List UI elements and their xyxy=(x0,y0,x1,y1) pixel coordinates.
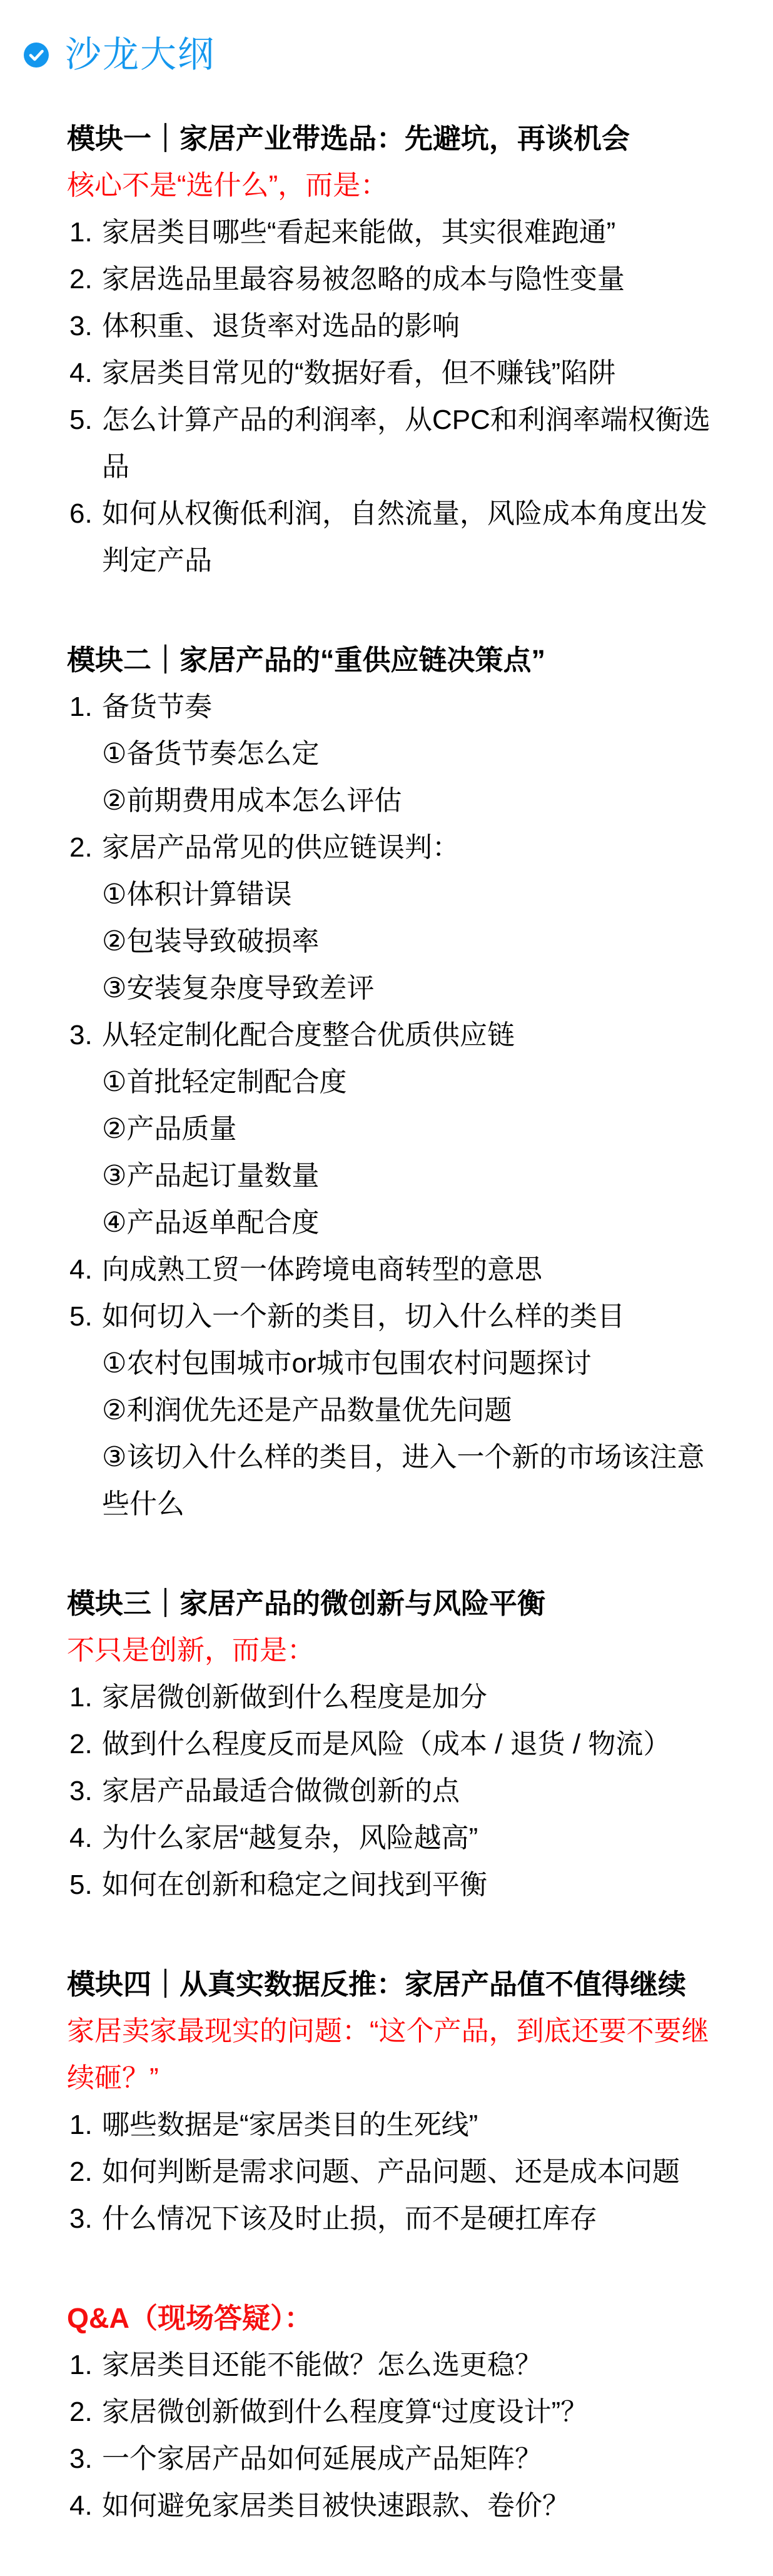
list-item: 哪些数据是“家居类目的生死线” xyxy=(67,2101,710,2148)
list-item: 体积重、退货率对选品的影响 xyxy=(67,303,710,350)
list-item: 家居微创新做到什么程度算“过度设计”？ xyxy=(67,2388,710,2435)
module-4-section: 模块四｜从真实数据反推：家居产品值不值得继续 家居卖家最现实的问题：“这个产品，… xyxy=(67,1961,710,2242)
module-2-section: 模块二｜家居产品的“重供应链决策点” 备货节奏 ①备货节奏怎么定 ②前期费用成本… xyxy=(67,636,710,1527)
sub-item: ③该切入什么样的类目，进入一个新的市场该注意些什么 xyxy=(102,1434,710,1527)
sub-item: ①首批轻定制配合度 xyxy=(102,1059,710,1105)
sub-item: ④产品返单配合度 xyxy=(102,1199,710,1246)
list-item: 如何切入一个新的类目，切入什么样的类目 ①农村包围城市or城市包围农村问题探讨 … xyxy=(67,1293,710,1527)
module-4-list: 哪些数据是“家居类目的生死线” 如何判断是需求问题、产品问题、还是成本问题 什么… xyxy=(67,2101,710,2242)
list-item: 家居类目还能不能做？怎么选更稳？ xyxy=(67,2342,710,2388)
list-item: 向成熟工贸一体跨境电商转型的意思 xyxy=(67,1246,710,1293)
list-item-text: 从轻定制化配合度整合优质供应链 xyxy=(102,1020,515,1050)
list-item: 备货节奏 ①备货节奏怎么定 ②前期费用成本怎么评估 xyxy=(67,683,710,824)
list-item-text: 如何切入一个新的类目，切入什么样的类目 xyxy=(102,1301,625,1332)
module-3-heading: 模块三｜家居产品的微创新与风险平衡 xyxy=(67,1580,710,1627)
page-header: 沙龙大纲 xyxy=(24,26,710,84)
list-item-text: 家居产品常见的供应链误判： xyxy=(102,832,460,863)
sub-item: ②包装导致破损率 xyxy=(102,918,710,965)
list-item-text: 备货节奏 xyxy=(102,692,212,722)
module-4-intro: 家居卖家最现实的问题：“这个产品，到底还要不要继续砸？” xyxy=(67,2008,710,2101)
module-1-heading: 模块一｜家居产业带选品：先避坑，再谈机会 xyxy=(67,115,710,162)
module-2-heading: 模块二｜家居产品的“重供应链决策点” xyxy=(67,636,710,683)
list-item: 家居微创新做到什么程度是加分 xyxy=(67,1674,710,1721)
sub-item: ③安装复杂度导致差评 xyxy=(102,965,710,1012)
sub-item: ①体积计算错误 xyxy=(102,871,710,918)
module-4-heading: 模块四｜从真实数据反推：家居产品值不值得继续 xyxy=(67,1961,710,2008)
list-item: 如何在创新和稳定之间找到平衡 xyxy=(67,1861,710,1908)
list-item: 家居产品最适合做微创新的点 xyxy=(67,1768,710,1814)
list-item: 家居类目哪些“看起来能做，其实很难跑通” xyxy=(67,209,710,256)
list-item: 家居类目常见的“数据好看，但不赚钱”陷阱 xyxy=(67,350,710,396)
list-item: 什么情况下该及时止损，而不是硬扛库存 xyxy=(67,2195,710,2242)
module-2-list: 备货节奏 ①备货节奏怎么定 ②前期费用成本怎么评估 家居产品常见的供应链误判： … xyxy=(67,683,710,1527)
sub-item: ①备货节奏怎么定 xyxy=(102,730,710,777)
sub-item: ③产品起订量数量 xyxy=(102,1152,710,1199)
module-3-intro: 不只是创新，而是： xyxy=(67,1627,710,1674)
list-item: 一个家居产品如何延展成产品矩阵？ xyxy=(67,2435,710,2482)
module-3-section: 模块三｜家居产品的微创新与风险平衡 不只是创新，而是： 家居微创新做到什么程度是… xyxy=(67,1580,710,1908)
qa-list: 家居类目还能不能做？怎么选更稳？ 家居微创新做到什么程度算“过度设计”？ 一个家… xyxy=(67,2342,710,2529)
list-item: 做到什么程度反而是风险（成本 / 退货 / 物流） xyxy=(67,1721,710,1768)
qa-heading: Q&A（现场答疑）： xyxy=(67,2295,710,2342)
page-title: 沙龙大纲 xyxy=(65,26,215,84)
list-item: 为什么家居“越复杂，风险越高” xyxy=(67,1814,710,1861)
list-item: 从轻定制化配合度整合优质供应链 ①首批轻定制配合度 ②产品质量 ③产品起订量数量… xyxy=(67,1012,710,1246)
list-item: 如何避免家居类目被快速跟款、卷价？ xyxy=(67,2482,710,2529)
qa-section: Q&A（现场答疑）： 家居类目还能不能做？怎么选更稳？ 家居微创新做到什么程度算… xyxy=(67,2295,710,2529)
outline-content: 模块一｜家居产业带选品：先避坑，再谈机会 核心不是“选什么”，而是： 家居类目哪… xyxy=(67,115,710,2529)
sub-item: ②产品质量 xyxy=(102,1105,710,1152)
list-item: 如何从权衡低利润，自然流量，风险成本角度出发判定产品 xyxy=(67,490,710,584)
module-1-list: 家居类目哪些“看起来能做，其实很难跑通” 家居选品里最容易被忽略的成本与隐性变量… xyxy=(67,209,710,584)
sub-item: ②前期费用成本怎么评估 xyxy=(102,777,710,824)
sub-item: ②利润优先还是产品数量优先问题 xyxy=(102,1387,710,1434)
module-1-section: 模块一｜家居产业带选品：先避坑，再谈机会 核心不是“选什么”，而是： 家居类目哪… xyxy=(67,115,710,584)
module-3-list: 家居微创新做到什么程度是加分 做到什么程度反而是风险（成本 / 退货 / 物流）… xyxy=(67,1674,710,1908)
list-item: 如何判断是需求问题、产品问题、还是成本问题 xyxy=(67,2148,710,2195)
list-item: 家居产品常见的供应链误判： ①体积计算错误 ②包装导致破损率 ③安装复杂度导致差… xyxy=(67,824,710,1012)
list-item: 怎么计算产品的利润率，从CPC和利润率端权衡选品 xyxy=(67,396,710,490)
sub-item: ①农村包围城市or城市包围农村问题探讨 xyxy=(102,1340,710,1387)
module-1-intro: 核心不是“选什么”，而是： xyxy=(67,162,710,209)
list-item: 家居选品里最容易被忽略的成本与隐性变量 xyxy=(67,256,710,303)
check-circle-icon xyxy=(24,43,49,68)
